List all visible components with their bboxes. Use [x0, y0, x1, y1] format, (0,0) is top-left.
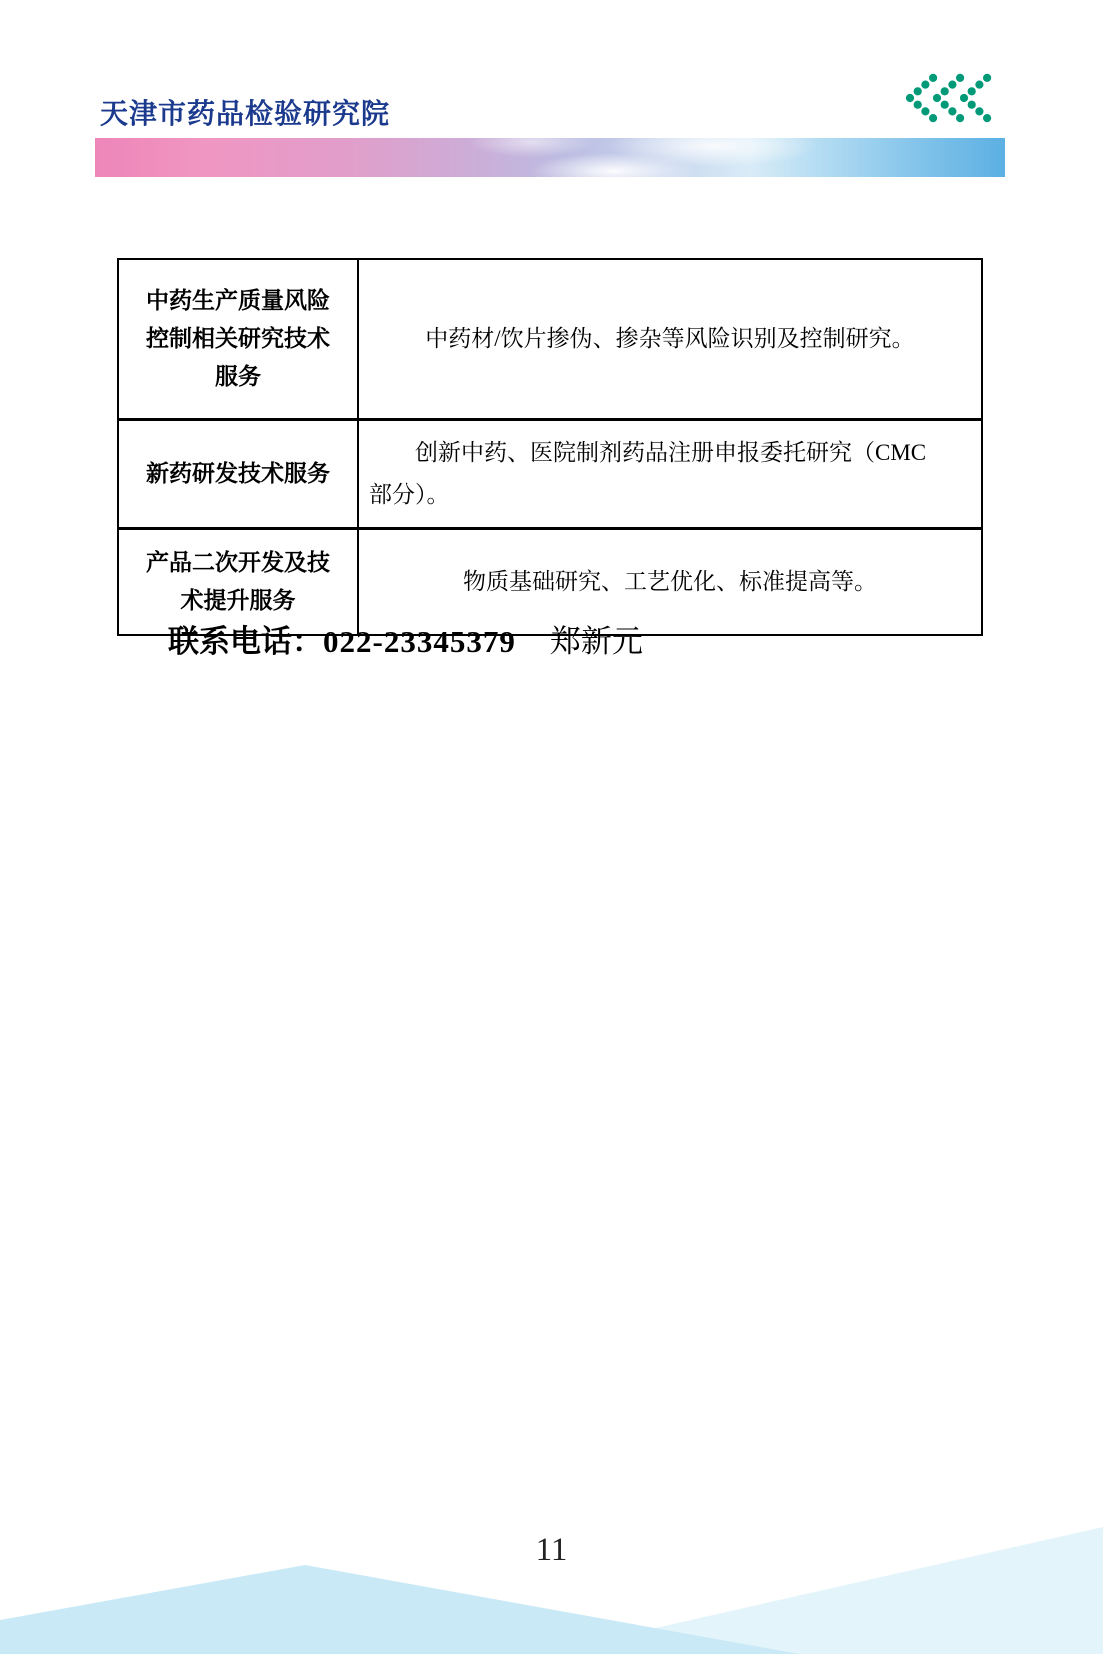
service-description-cell: 创新中药、医院制剂药品注册申报委托研究（CMC 部分）。: [358, 420, 982, 529]
footer-mountains-decoration: [0, 1400, 1103, 1654]
service-description-cell: 物质基础研究、工艺优化、标准提高等。: [358, 529, 982, 636]
service-name-cell: 产品二次开发及技 术提升服务: [118, 529, 358, 636]
service-name-cell: 中药生产质量风险 控制相关研究技术 服务: [118, 259, 358, 420]
document-page: 天津市药品检验研究院 中药生产质量风险 控制相关研究技术 服务 中药材/饮片掺伪…: [0, 0, 1103, 1654]
service-name-cell: 新药研发技术服务: [118, 420, 358, 529]
table-row: 新药研发技术服务 创新中药、医院制剂药品注册申报委托研究（CMC 部分）。: [118, 420, 982, 529]
services-table: 中药生产质量风险 控制相关研究技术 服务 中药材/饮片掺伪、掺杂等风险识别及控制…: [117, 258, 983, 636]
table-row: 中药生产质量风险 控制相关研究技术 服务 中药材/饮片掺伪、掺杂等风险识别及控制…: [118, 259, 982, 420]
organization-title: 天津市药品检验研究院: [100, 92, 390, 132]
contact-person: 郑新元: [550, 624, 643, 659]
contact-line: 联系电话：022-23345379郑新元: [168, 622, 643, 662]
header-gradient-banner: [95, 138, 1005, 177]
table-row: 产品二次开发及技 术提升服务 物质基础研究、工艺优化、标准提高等。: [118, 529, 982, 636]
contact-label: 联系电话：: [168, 624, 323, 659]
dotted-chevrons-logo-icon: [893, 66, 1001, 128]
contact-phone: 022-23345379: [323, 624, 516, 659]
service-description-cell: 中药材/饮片掺伪、掺杂等风险识别及控制研究。: [358, 259, 982, 420]
